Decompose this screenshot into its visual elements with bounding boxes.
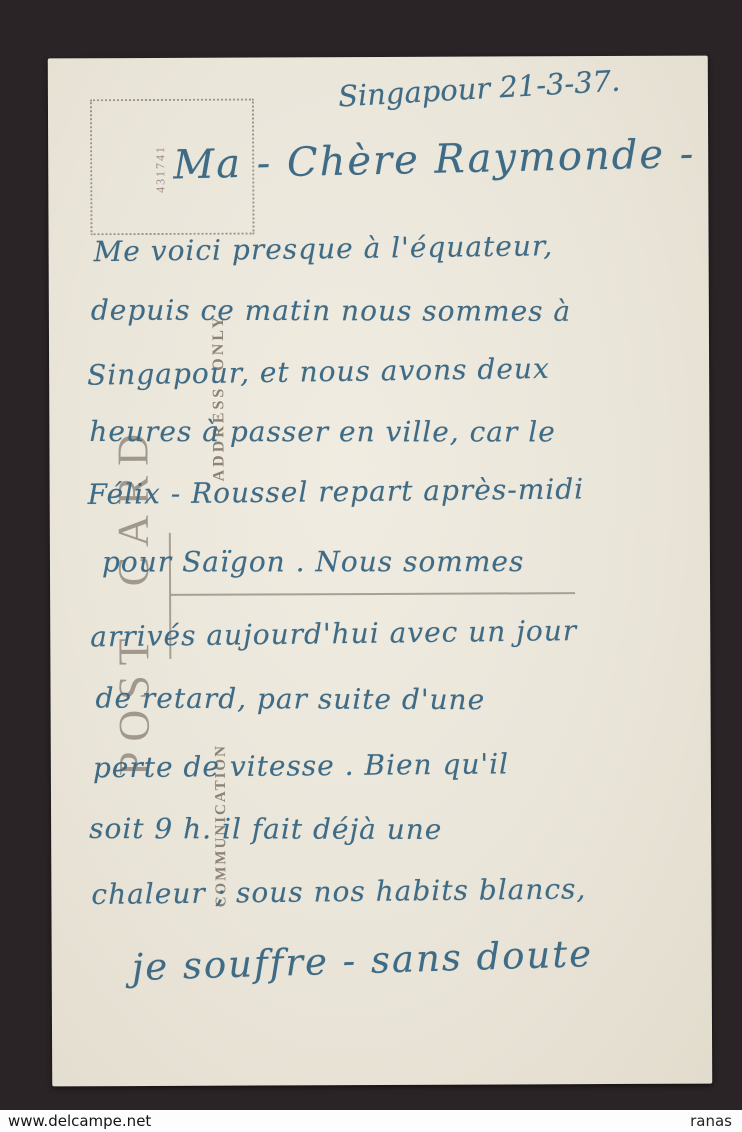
scan-background: 431741 POST CARD ADDRESS ONLY COMMUNICAT… (0, 0, 742, 1132)
seller-label: ranas (690, 1112, 732, 1130)
watermark-url: www.delcampe.net (8, 1112, 151, 1130)
handwriting-line: Me voici presque à l'équateur, (93, 229, 553, 268)
stamp-box-number: 431741 (153, 137, 169, 201)
address-only-label: ADDRESS ONLY (210, 298, 231, 498)
postcard-paper: 431741 POST CARD ADDRESS ONLY COMMUNICAT… (48, 56, 712, 1087)
handwriting-line: arrivés aujourd'hui avec un jour (90, 614, 577, 653)
handwriting-line: soit 9 h. il fait déjà une (89, 812, 442, 846)
handwriting-line: de retard, par suite d'une (95, 682, 485, 717)
handwriting-line: pour Saïgon . Nous sommes (102, 545, 524, 578)
handwriting-line: Félix - Roussel repart après-midi (87, 472, 584, 511)
handwriting-line: heures à passer en ville, car le (89, 415, 555, 448)
handwriting-line: chaleur ; sous nos habits blancs, (91, 872, 586, 911)
handwriting-line: Singapour, et nous avons deux (87, 352, 550, 392)
handwritten-signature-line: je souffre - sans doute (131, 932, 594, 989)
watermark-strip: www.delcampe.net ranas (0, 1110, 742, 1132)
handwriting-line: depuis ce matin nous sommes à (91, 294, 571, 328)
address-divider-horizontal-line (170, 592, 575, 595)
handwritten-dateline: Singapour 21-3-37. (337, 64, 621, 114)
handwriting-line: perte de vitesse . Bien qu'il (93, 747, 510, 784)
